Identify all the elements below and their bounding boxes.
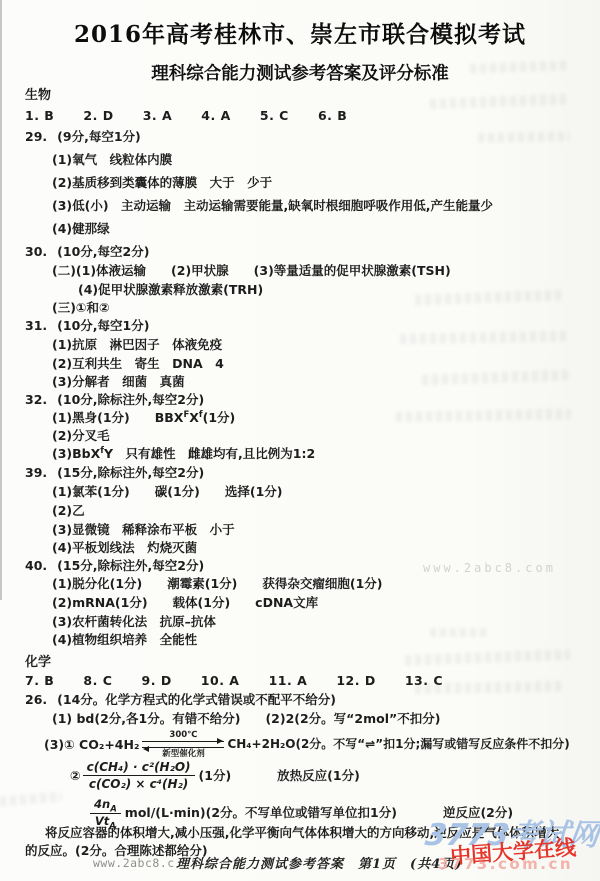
- bleed-artifact: [396, 408, 571, 422]
- q32-number: 32.: [25, 392, 47, 407]
- q32-l1-text2: X: [189, 410, 199, 425]
- q31-meta: (10分,每空1分): [57, 318, 149, 333]
- q30-meta: (10分,每空2分): [57, 244, 149, 259]
- q40-header: 40.(15分,除标注外,每空2分): [25, 558, 204, 574]
- q31-number: 31.: [25, 318, 47, 333]
- q26-rate-score: mol/(L·min)(2分。不写单位或错写单位扣1分): [125, 805, 397, 821]
- k-expression-fraction: c(CH₄) · c²(H₂O) c(CO₂) × c⁴(H₂): [83, 760, 195, 792]
- q40-line2: (2)mRNA(1分) 载体(1分) cDNA文库: [52, 595, 318, 611]
- q26-header: 26.(14分。化学方程式的化学式错误或不配平不给分): [25, 692, 336, 708]
- q26-k-expression: ② c(CH₄) · c²(H₂O) c(CO₂) × c⁴(H₂) (1分) …: [70, 760, 360, 792]
- q30-line2: (4)促甲状腺激素释放激素(TRH): [78, 282, 263, 298]
- rate-numerator: 4nA: [90, 798, 121, 814]
- bleed-artifact: [422, 369, 572, 385]
- q30-header: 30.(10分,每空2分): [25, 244, 149, 260]
- q39-header: 39.(15分,除标注外,每空2分): [25, 465, 204, 481]
- q26-k-marker: ②: [70, 768, 81, 784]
- q40-line1: (1)脱分化(1分) 潮霉素(1分) 获得杂交瘤细胞(1分): [52, 576, 383, 592]
- q29-line1: (1)氧气 线粒体内膜: [52, 152, 172, 168]
- q40-meta: (15分,除标注外,每空2分): [57, 558, 204, 573]
- q29-header: 29.(9分,每空1分): [25, 129, 141, 145]
- q30-line3: (三)①和②: [52, 300, 110, 316]
- bleed-artifact: [0, 791, 62, 806]
- q32-line2: (2)分叉毛: [52, 428, 110, 444]
- q32-meta: (10分,除标注外,每空2分): [57, 392, 204, 407]
- k-denominator: c(CO₂) × c⁴(H₂): [85, 776, 192, 791]
- q40-line4: (4)植物组织培养 全能性: [52, 632, 197, 648]
- equilibrium-arrow: 300℃ 新型催化剂: [142, 730, 224, 759]
- q39-line1: (1)氯苯(1分) 碳(1分) 选择(1分): [52, 484, 283, 500]
- biology-mc-answers: 1. B 2. D 3. A 4. A 5. C 6. B: [25, 108, 347, 124]
- q32-l3-text2: Y 只有雄性 雌雄均有,且比例为1:2: [104, 446, 315, 461]
- k-numerator: c(CH₄) · c²(H₂O): [83, 760, 195, 776]
- q32-l1-text3: (1分): [203, 410, 236, 425]
- q26-k-score: (1分): [199, 768, 232, 784]
- q31-line2: (2)互利共生 寄生 DNA 4: [52, 356, 224, 372]
- bleed-artifact: [430, 94, 570, 110]
- section-label-chemistry: 化学: [25, 655, 51, 671]
- bleed-artifact: [430, 628, 490, 637]
- q32-header: 32.(10分,除标注外,每空2分): [25, 392, 204, 408]
- q29-meta: (9分,每空1分): [57, 129, 141, 144]
- q26-number: 26.: [25, 692, 47, 707]
- document-title: 2016年高考桂林市、崇左市联合模拟考试: [0, 16, 600, 49]
- q26-eq-condition-top: 300℃: [169, 730, 197, 740]
- page-footer: 理科综合能力测试参考答案 第1页 (共4页): [176, 853, 462, 872]
- q26-eq-products: CH₄+2H₂O(2分。不写“⇌”扣1分;漏写或错写反应条件不扣分): [227, 737, 569, 752]
- scanned-answer-sheet-page: 2016年高考桂林市、崇左市联合模拟考试 理科综合能力测试参考答案及评分标准 生…: [0, 0, 600, 881]
- watermark-url-mid: www.2abc8.com: [423, 561, 556, 575]
- q40-number: 40.: [25, 558, 47, 573]
- q29-line3: (3)低(小) 主动运输 主动运输需要能量,缺氧时根细胞呼吸作用低,产生能量少: [52, 198, 493, 214]
- chemistry-mc-answers: 7. B 8. C 9. D 10. A 11. A 12. D 13. C: [25, 673, 443, 689]
- q26-eq-condition-bottom: 新型催化剂: [162, 749, 205, 759]
- bleed-artifact: [400, 331, 570, 345]
- reversible-arrow-icon: [142, 741, 224, 748]
- q26-k-note: 放热反应(1分): [277, 768, 360, 784]
- q26-meta: (14分。化学方程式的化学式错误或不配平不给分): [57, 692, 336, 707]
- q39-line2: (2)乙: [52, 503, 85, 519]
- rate-num-main: 4n: [94, 797, 110, 811]
- section-label-biology: 生物: [25, 88, 51, 104]
- bleed-artifact: [478, 131, 570, 143]
- rate-num-sub: A: [110, 804, 117, 814]
- q32-l3-text: (3)BbX: [52, 446, 100, 461]
- q40-line3: (3)农杆菌转化法 抗原–抗体: [52, 614, 216, 630]
- q30-number: 30.: [25, 244, 47, 259]
- bleed-artifact: [405, 649, 570, 666]
- q32-l1-text: (1)黑身(1分) BBX: [52, 410, 183, 425]
- q32-line3: (3)BbXfY 只有雄性 雌雄均有,且比例为1:2: [52, 446, 315, 462]
- rate-fraction: 4nA VtA: [90, 798, 121, 829]
- bleed-artifact: [415, 289, 565, 305]
- q29-number: 29.: [25, 129, 47, 144]
- scan-edge-artifact: [0, 0, 2, 600]
- q26-line1: (1) bd(2分,各1分。有错不给分) (2)2(2分。写“2mol”不扣分): [52, 711, 440, 727]
- q32-line1: (1)黑身(1分) BBXFXf(1分): [52, 410, 235, 426]
- watermark-url-footer: www.2abc8.c: [93, 856, 175, 870]
- q29-line2: (2)基质移到类囊体的薄膜 大于 少于: [52, 175, 272, 191]
- q31-line1: (1)抗原 淋巴因子 体液免疫: [52, 337, 222, 353]
- q39-line3: (3)显微镜 稀释涂布平板 小于: [52, 522, 235, 538]
- bleed-artifact: [415, 681, 565, 695]
- q39-meta: (15分,除标注外,每空2分): [57, 465, 204, 480]
- q26-equation: (3)① CO₂+4H₂ 300℃ 新型催化剂 CH₄+2H₂O(2分。不写“⇌…: [44, 730, 570, 759]
- q39-number: 39.: [25, 465, 47, 480]
- q31-line3: (3)分解者 细菌 真菌: [52, 374, 185, 390]
- q29-line4: (4)健那绿: [52, 221, 110, 237]
- q39-line4: (4)平板划线法 灼烧灭菌: [52, 540, 197, 556]
- q31-header: 31.(10分,每空1分): [25, 318, 149, 334]
- q26-eq-reactants: (3)① CO₂+4H₂: [44, 737, 139, 753]
- q30-line1: (二)(1)体液运输 (2)甲状腺 (3)等量适量的促甲状腺激素(TSH): [52, 263, 451, 279]
